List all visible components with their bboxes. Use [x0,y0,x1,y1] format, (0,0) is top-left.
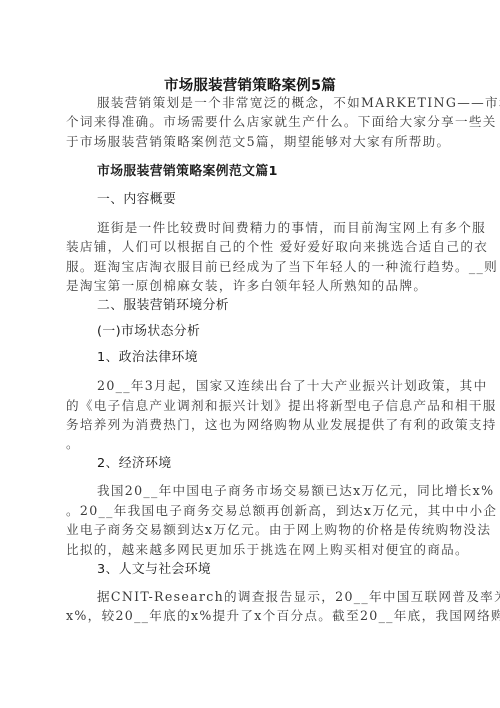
section2-heading: 二、服装营销环境分析 [97,298,229,314]
item2-line-2: 。20__年我国电子商务交易总额再创新高，到达x万亿元，其中中小企 [66,503,436,519]
item1-line-1: 20__年3月起，国家又连续出台了十大产业振兴计划政策，其中 [97,378,437,394]
item3-heading: 3、人文与社会环境 [97,562,211,578]
intro-line-2: 个词来得准确。市场需要什么店家就生产什么。下面给大家分享一些关 [66,114,436,130]
item1-line-2: 的《电子信息产业调剂和振兴计划》提出将新型电子信息产品和相干服 [66,398,436,414]
article-heading: 市场服装营销策略案例范文篇1 [97,164,278,180]
item3-line-2: x%，较20__年底的x%提升了x个百分点。截至20__年底，我国网络购 [66,608,436,624]
document-title: 市场服装营销策略案例5篇 [0,74,500,95]
item1-heading: 1、政治法律环境 [97,350,198,366]
item3-line-1: 据CNIT-Research的调查报告显示，20__年中国互联网普及率为 [97,589,437,605]
section2-subheading: (一)市场状态分析 [97,324,200,340]
item2-heading: 2、经济环境 [97,456,172,472]
item2-line-3: 业电子商务交易额到达x万亿元。由于网上购物的价格是传统购物没法 [66,522,436,538]
intro-line-3: 于市场服装营销策略案例范文5篇，期望能够对大家有所帮助。 [66,134,436,150]
item2-line-4: 比拟的，越来越多网民更加乐于挑选在网上购买相对便宜的商品。 [66,542,436,558]
item2-line-1: 我国20__年中国电子商务市场交易额已达x万亿元，同比增长x% [97,483,437,499]
item1-line-3: 务培养列为消费热门，这也为网络购物从业发展提供了有利的政策支持 [66,417,436,433]
section1-heading: 一、内容概要 [97,192,176,208]
section1-line-2: 装店铺，人们可以根据自己的个性 爱好爱好取向来挑选合适自己的衣 [66,239,436,255]
section1-line-4: 是淘宝第一原创棉麻女装，许多白领年轻人所熟知的品牌。 [66,278,436,294]
section1-line-3: 服。逛淘宝店淘衣服目前已经成为了当下年轻人的一种流行趋势。__则 [66,259,436,275]
document-page: 市场服装营销策略案例5篇 服装营销策划是一个非常宽泛的概念，不如MARKETIN… [0,0,500,708]
item1-line-4: 。 [66,436,436,452]
section1-line-1: 逛街是一件比较费时间费精力的事情，而目前淘宝网上有多个服 [97,220,437,236]
intro-line-1: 服装营销策划是一个非常宽泛的概念，不如MARKETING——市场这 [97,95,437,111]
